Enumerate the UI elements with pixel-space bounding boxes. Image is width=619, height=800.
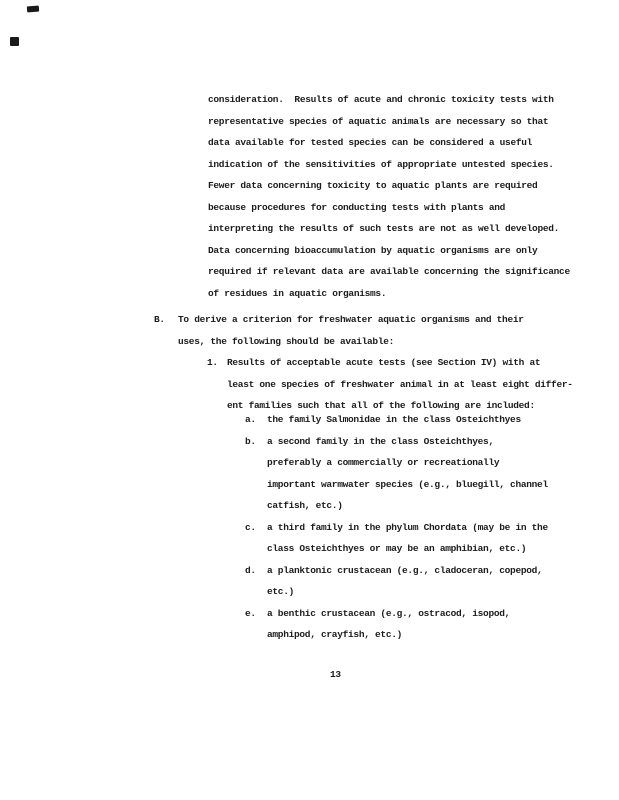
paragraph-line: preferably a commercially or recreationa… — [267, 452, 548, 474]
paragraph-line: a benthic crustacean (e.g., ostracod, is… — [267, 603, 510, 625]
outline-subitem-e: e. a benthic crustacean (e.g., ostracod,… — [245, 603, 548, 646]
outline-subitem-b-label: b. — [245, 431, 267, 453]
paragraph-line: indication of the sensitivities of appro… — [208, 154, 570, 176]
paragraph-line: of residues in aquatic organisms. — [208, 283, 570, 305]
outline-subitem-c-text: a third family in the phylum Chordata (m… — [267, 517, 548, 560]
outline-subitem-e-text: a benthic crustacean (e.g., ostracod, is… — [267, 603, 510, 646]
outline-subitems: a. the family Salmonidae in the class Os… — [245, 409, 548, 646]
paragraph-line: Results of acceptable acute tests (see S… — [227, 352, 573, 374]
document-page: consideration. Results of acute and chro… — [0, 0, 619, 800]
outline-item-b-text: To derive a criterion for freshwater aqu… — [178, 309, 524, 352]
paragraph-line: Fewer data concerning toxicity to aquati… — [208, 175, 570, 197]
paragraph-line: interpreting the results of such tests a… — [208, 218, 570, 240]
outline-subitem-d-text: a planktonic crustacean (e.g., cladocera… — [267, 560, 542, 603]
paragraph-line: amphipod, crayfish, etc.) — [267, 624, 510, 646]
outline-subitem-a-label: a. — [245, 409, 267, 431]
paragraph-line: data available for tested species can be… — [208, 132, 570, 154]
paragraph-line: a planktonic crustacean (e.g., cladocera… — [267, 560, 542, 582]
outline-subitem-d: d. a planktonic crustacean (e.g., cladoc… — [245, 560, 548, 603]
paragraph-line: a third family in the phylum Chordata (m… — [267, 517, 548, 539]
outline-subitem-d-label: d. — [245, 560, 267, 582]
paragraph-line: representative species of aquatic animal… — [208, 111, 570, 133]
outline-subitem-c-label: c. — [245, 517, 267, 539]
outline-subitem-b: b. a second family in the class Osteicht… — [245, 431, 548, 517]
paragraph-line: a second family in the class Osteichthye… — [267, 431, 548, 453]
paragraph-line: etc.) — [267, 581, 542, 603]
paragraph-line: least one species of freshwater animal i… — [227, 374, 573, 396]
outline-subitem-c: c. a third family in the phylum Chordata… — [245, 517, 548, 560]
outline-item-b: B. To derive a criterion for freshwater … — [154, 309, 524, 352]
outline-subitem-a-text: the family Salmonidae in the class Ostei… — [267, 409, 521, 431]
outline-item-1: 1. Results of acceptable acute tests (se… — [207, 352, 573, 417]
outline-subitem-b-text: a second family in the class Osteichthye… — [267, 431, 548, 517]
ink-mark — [10, 37, 19, 46]
paragraph-continuation: consideration. Results of acute and chro… — [208, 89, 570, 304]
outline-item-1-text: Results of acceptable acute tests (see S… — [227, 352, 573, 417]
outline-item-b-label: B. — [154, 309, 178, 331]
paragraph-line: Data concerning bioaccumulation by aquat… — [208, 240, 570, 262]
page-number: 13 — [330, 664, 341, 686]
paragraph-line: uses, the following should be available: — [178, 331, 524, 353]
ink-mark — [27, 6, 39, 13]
paragraph-line: class Osteichthyes or may be an amphibia… — [267, 538, 548, 560]
outline-item-1-label: 1. — [207, 352, 227, 374]
paragraph-line: catfish, etc.) — [267, 495, 548, 517]
paragraph-line: the family Salmonidae in the class Ostei… — [267, 409, 521, 431]
outline-subitem-e-label: e. — [245, 603, 267, 625]
paragraph-line: To derive a criterion for freshwater aqu… — [178, 309, 524, 331]
paragraph-line: because procedures for conducting tests … — [208, 197, 570, 219]
paragraph-line: consideration. Results of acute and chro… — [208, 89, 570, 111]
paragraph-line: required if relevant data are available … — [208, 261, 570, 283]
outline-subitem-a: a. the family Salmonidae in the class Os… — [245, 409, 548, 431]
paragraph-line: important warmwater species (e.g., blueg… — [267, 474, 548, 496]
